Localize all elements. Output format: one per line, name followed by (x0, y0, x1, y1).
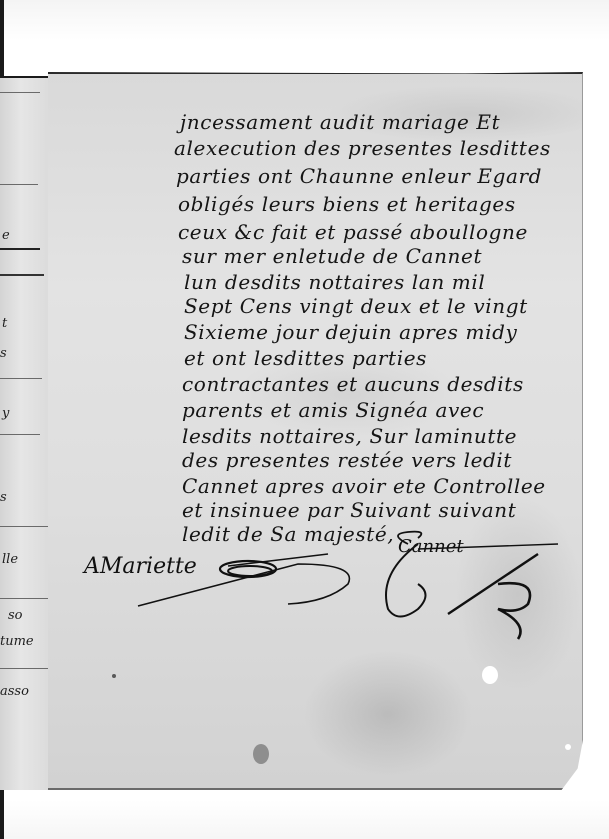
manuscript-line: parents et amis Signéa avec (182, 398, 609, 422)
fragment-text: y (2, 406, 9, 421)
manuscript-line: lun desdits nottaires lan mil (184, 270, 609, 294)
manuscript-line: des presentes restée vers ledit (182, 448, 609, 472)
previous-page-fragment: e t s y s lle so tume asso (0, 76, 54, 790)
manuscript-line: Sept Cens vingt deux et le vingt (184, 294, 609, 318)
signature-flourish-cannet (378, 524, 578, 654)
fragment-text: e (2, 228, 10, 243)
manuscript-line: obligés leurs biens et heritages (178, 192, 609, 216)
fragment-text: t (2, 316, 7, 331)
manuscript-line: alexecution des presentes lesdittes (174, 136, 609, 160)
fragment-text: tume (0, 634, 34, 649)
manuscript-line: parties ont Chaunne enleur Egard (176, 164, 609, 188)
margin-rule (0, 92, 40, 93)
manuscript-line: sur mer enletude de Cannet (182, 244, 609, 268)
manuscript-line: et ont lesdittes parties (184, 346, 609, 370)
manuscript-line: Cannet apres avoir ete Controllee (182, 474, 609, 498)
fragment-text: asso (0, 684, 29, 699)
margin-rule (0, 274, 44, 276)
paper-hole (565, 744, 571, 750)
margin-rule (0, 526, 48, 527)
margin-rule (0, 378, 42, 379)
signature-flourish-mariette (128, 544, 368, 614)
manuscript-line: lesdits nottaires, Sur laminutte (182, 424, 609, 448)
ink-stain (253, 744, 269, 764)
fragment-text: so (8, 608, 23, 623)
fragment-text: s (0, 490, 7, 505)
manuscript-line: Sixieme jour dejuin apres midy (184, 320, 609, 344)
margin-rule (0, 668, 48, 669)
paper-hole (482, 666, 498, 684)
fragment-text: lle (2, 552, 18, 567)
margin-rule (0, 248, 40, 250)
manuscript-line: jncessament audit mariage Et (180, 110, 609, 134)
manuscript-line: et insinuee par Suivant suivant (182, 498, 609, 522)
ink-speck (112, 674, 116, 678)
margin-rule (0, 184, 38, 185)
margin-rule (0, 434, 40, 435)
manuscript-line: contractantes et aucuns desdits (182, 372, 609, 396)
manuscript-line: ceux &c fait et passé aboullogne (178, 220, 609, 244)
fragment-text: s (0, 346, 7, 361)
manuscript-page: jncessament audit mariage Et alexecution… (48, 72, 583, 790)
margin-rule (0, 598, 48, 599)
